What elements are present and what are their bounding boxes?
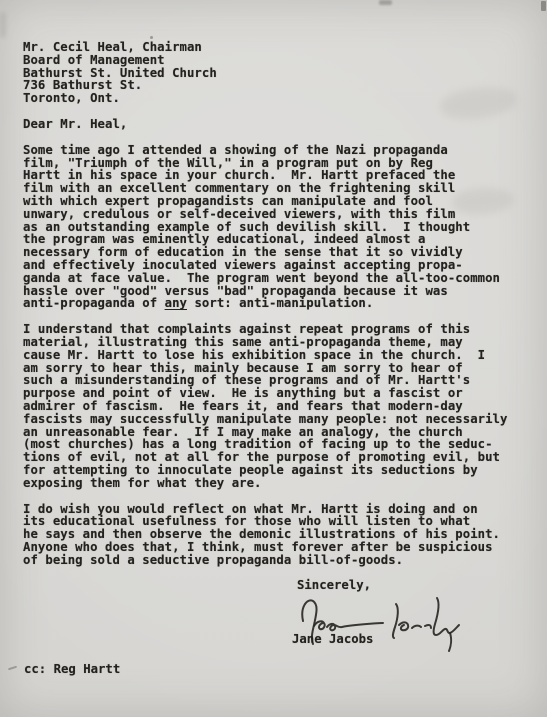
paragraph-2: I understand that complaints against rep…: [23, 323, 539, 489]
paragraph-3: I do wish you would reflect on what Mr. …: [23, 503, 539, 567]
scan-speck: [8, 666, 17, 671]
paragraph-1-last-line: anti-propaganda of any sort: anti-manipu…: [23, 297, 539, 310]
salutation: Dear Mr. Heal,: [23, 118, 539, 131]
recipient-address: Mr. Cecil Heal, Chairman Board of Manage…: [23, 41, 539, 105]
scan-speck: [379, 0, 392, 5]
closing-sincerely: Sincerely,: [297, 578, 371, 592]
paragraph-1-last-post: sort: anti-manipulation.: [187, 296, 373, 310]
scan-smudge: [0, 12, 6, 38]
letter-page: Mr. Cecil Heal, Chairman Board of Manage…: [0, 0, 547, 717]
cc-line: cc: Reg Hartt: [24, 662, 120, 676]
paragraph-1: Some time ago I attended a showing of th…: [23, 144, 539, 298]
scan-speck: [150, 36, 153, 39]
paragraph-1-last-pre: anti-propaganda of: [23, 296, 165, 310]
typed-signature-name: Jane Jacobs: [292, 632, 373, 646]
letter-body: Mr. Cecil Heal, Chairman Board of Manage…: [23, 41, 539, 566]
underlined-word-any: any: [165, 296, 187, 310]
scan-speck: [541, 1, 546, 11]
